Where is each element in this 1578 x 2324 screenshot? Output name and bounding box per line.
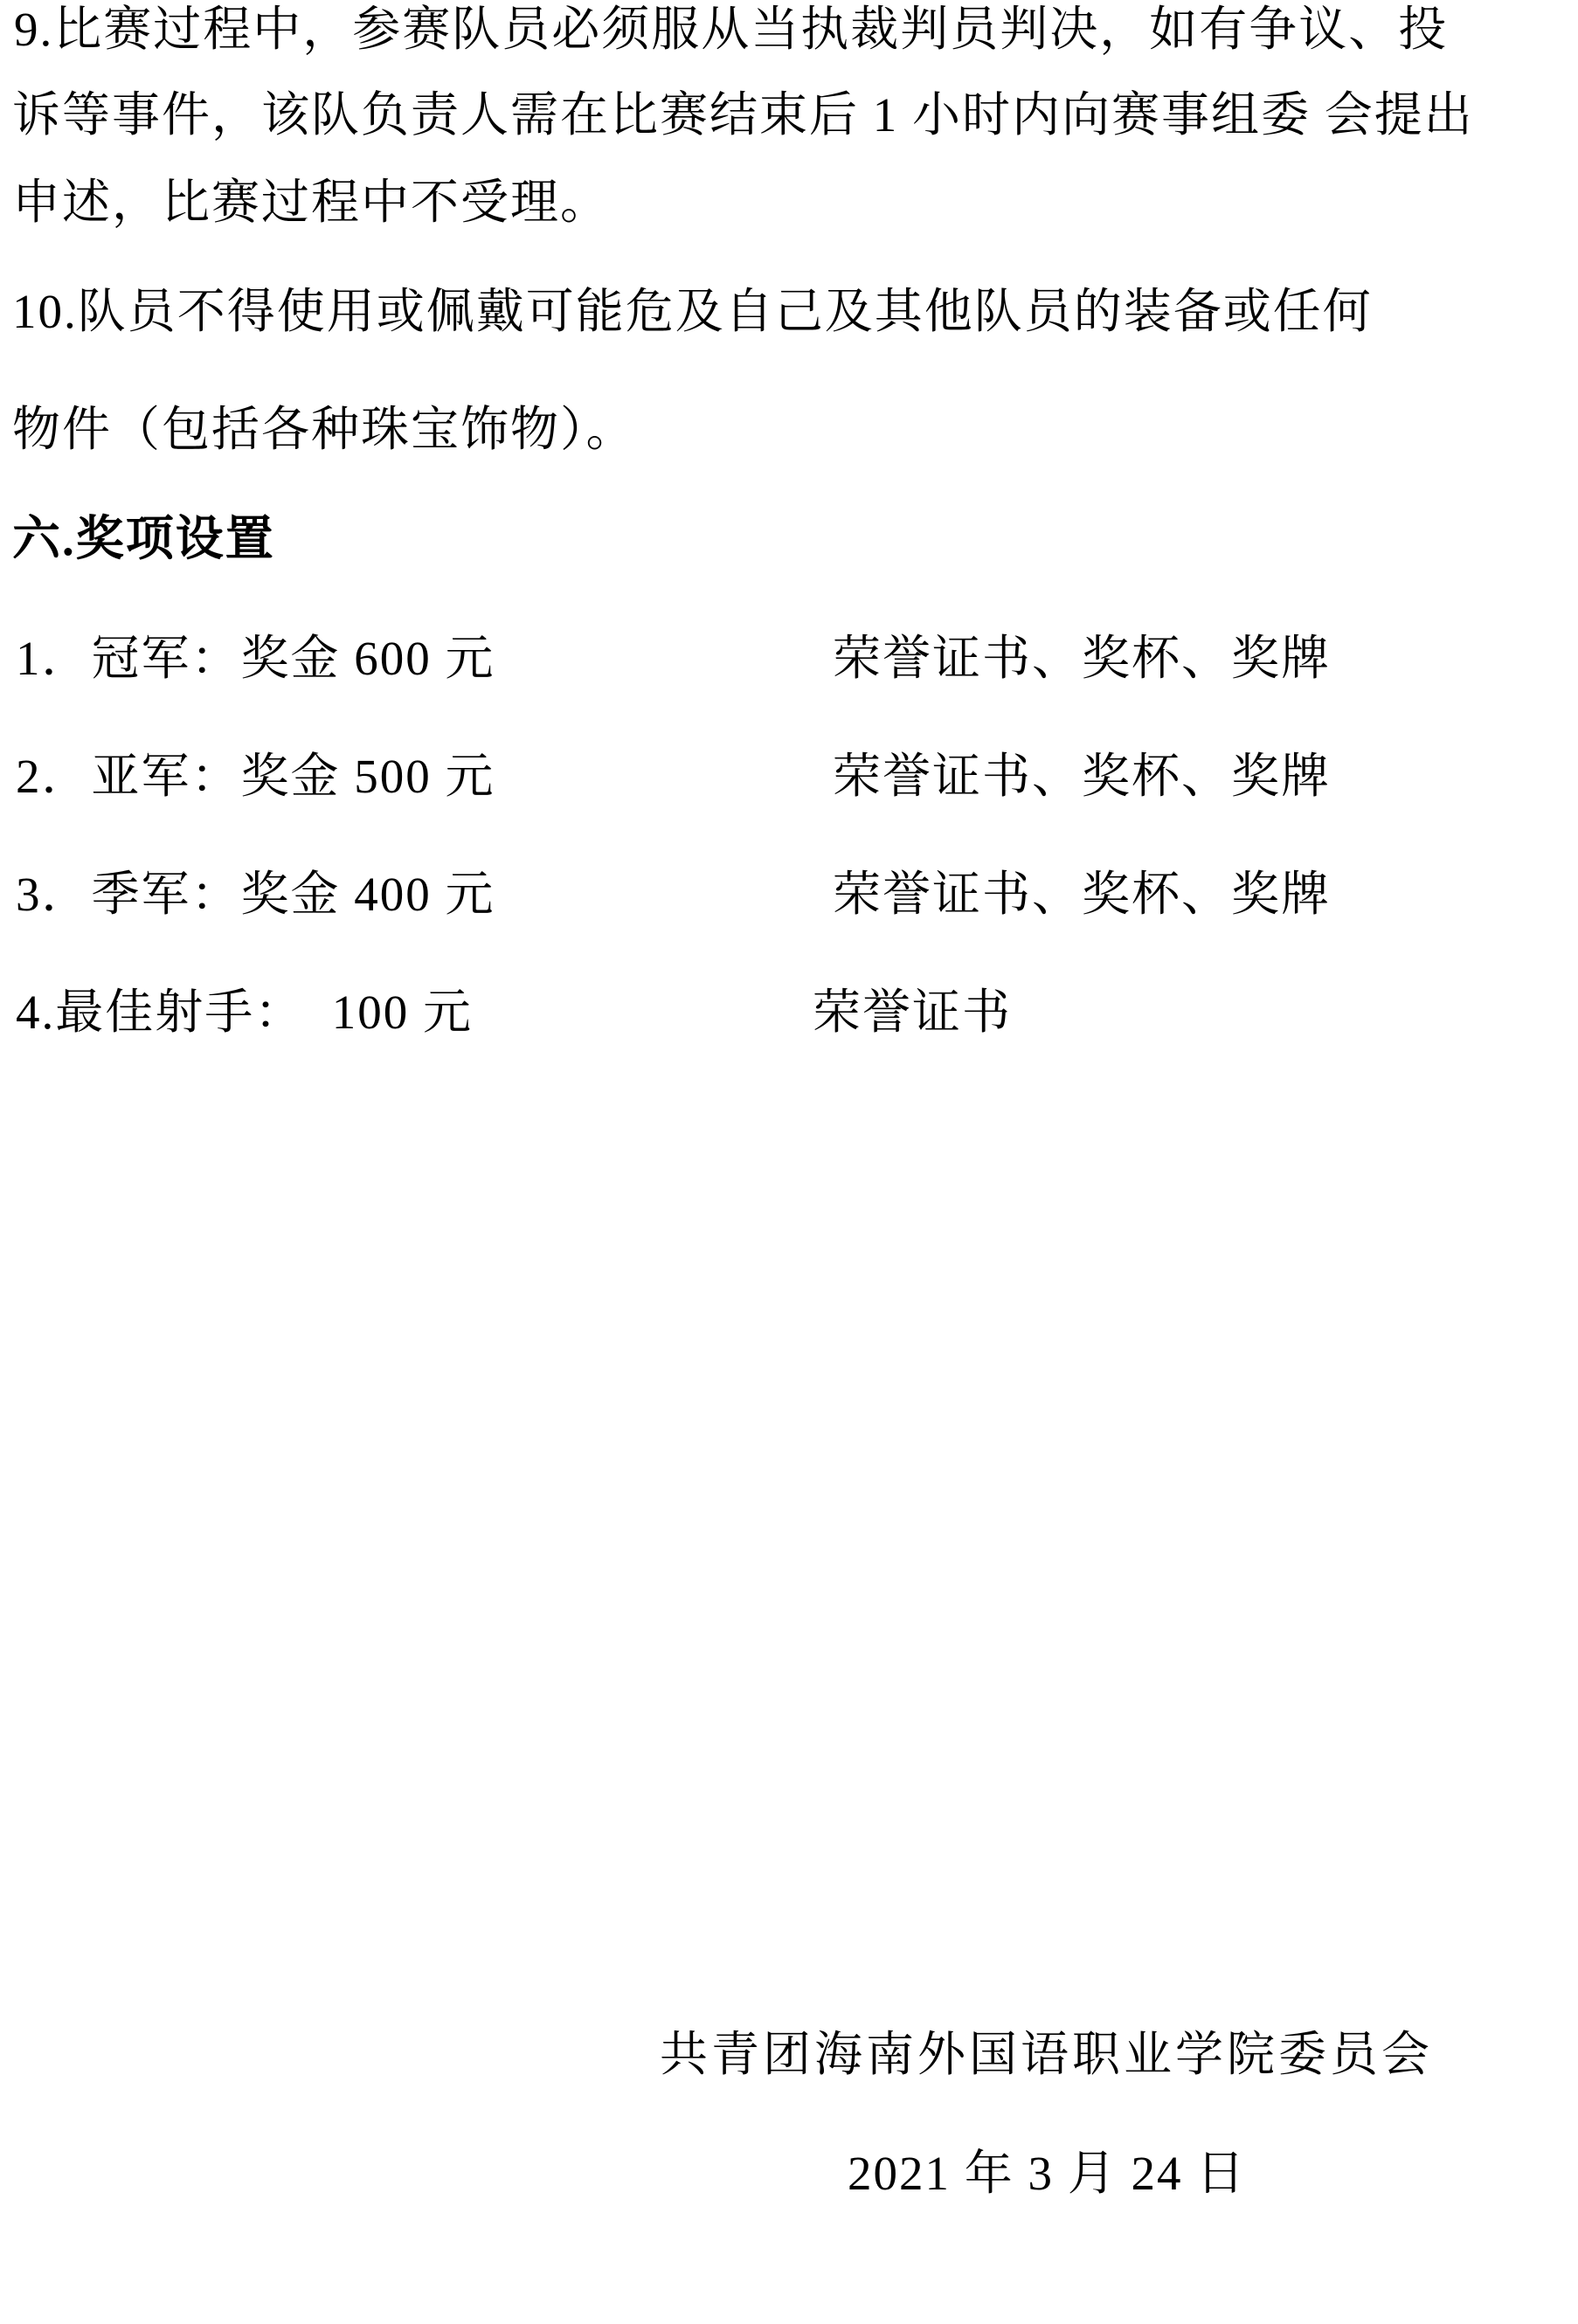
rule-9-line-2: 诉等事件，该队负责人需在比赛结束后 1 小时内向赛事组委 会提出 [12, 87, 1474, 142]
prize-row-champion: 1．冠军：奖金 600 元 荣誉证书、奖杯、奖牌 [16, 631, 1331, 686]
prize-rank-label: 4.最佳射手： 100 元 [16, 985, 813, 1040]
prize-row-best-shooter: 4.最佳射手： 100 元 荣誉证书 [16, 985, 1012, 1040]
prize-rank-label: 1．冠军：奖金 600 元 [16, 631, 833, 686]
awards-section-heading: 六.奖项设置 [12, 511, 275, 566]
signature-date: 2021 年 3 月 24 日 [848, 2146, 1246, 2201]
prize-row-runner-up: 2．亚军：奖金 500 元 荣誉证书、奖杯、奖牌 [16, 749, 1331, 804]
prize-rank-label: 3．季军：奖金 400 元 [16, 867, 833, 922]
rule-10-line-1: 10.队员不得使用或佩戴可能危及自己及其他队员的装备或任何 [12, 284, 1373, 339]
document-page: 9.比赛过程中，参赛队员必须服从当执裁判员判决，如有争议、投 诉等事件，该队负责… [0, 0, 1578, 2324]
prize-rank-label: 2．亚军：奖金 500 元 [16, 749, 833, 804]
prize-award-label: 荣誉证书 [813, 985, 1012, 1040]
prize-award-label: 荣誉证书、奖杯、奖牌 [833, 631, 1331, 686]
signature-organization: 共青团海南外国语职业学院委员会 [660, 2027, 1433, 2082]
rule-9-line-3: 申述，比赛过程中不受理。 [12, 175, 610, 230]
prize-row-third-place: 3．季军：奖金 400 元 荣誉证书、奖杯、奖牌 [16, 867, 1331, 922]
prize-award-label: 荣誉证书、奖杯、奖牌 [833, 749, 1331, 804]
prize-award-label: 荣誉证书、奖杯、奖牌 [833, 867, 1331, 922]
rule-10-line-2: 物件（包括各种珠宝饰物）。 [12, 402, 636, 457]
rule-9-line-1: 9.比赛过程中，参赛队员必须服从当执裁判员判决，如有争议、投 [14, 2, 1448, 57]
